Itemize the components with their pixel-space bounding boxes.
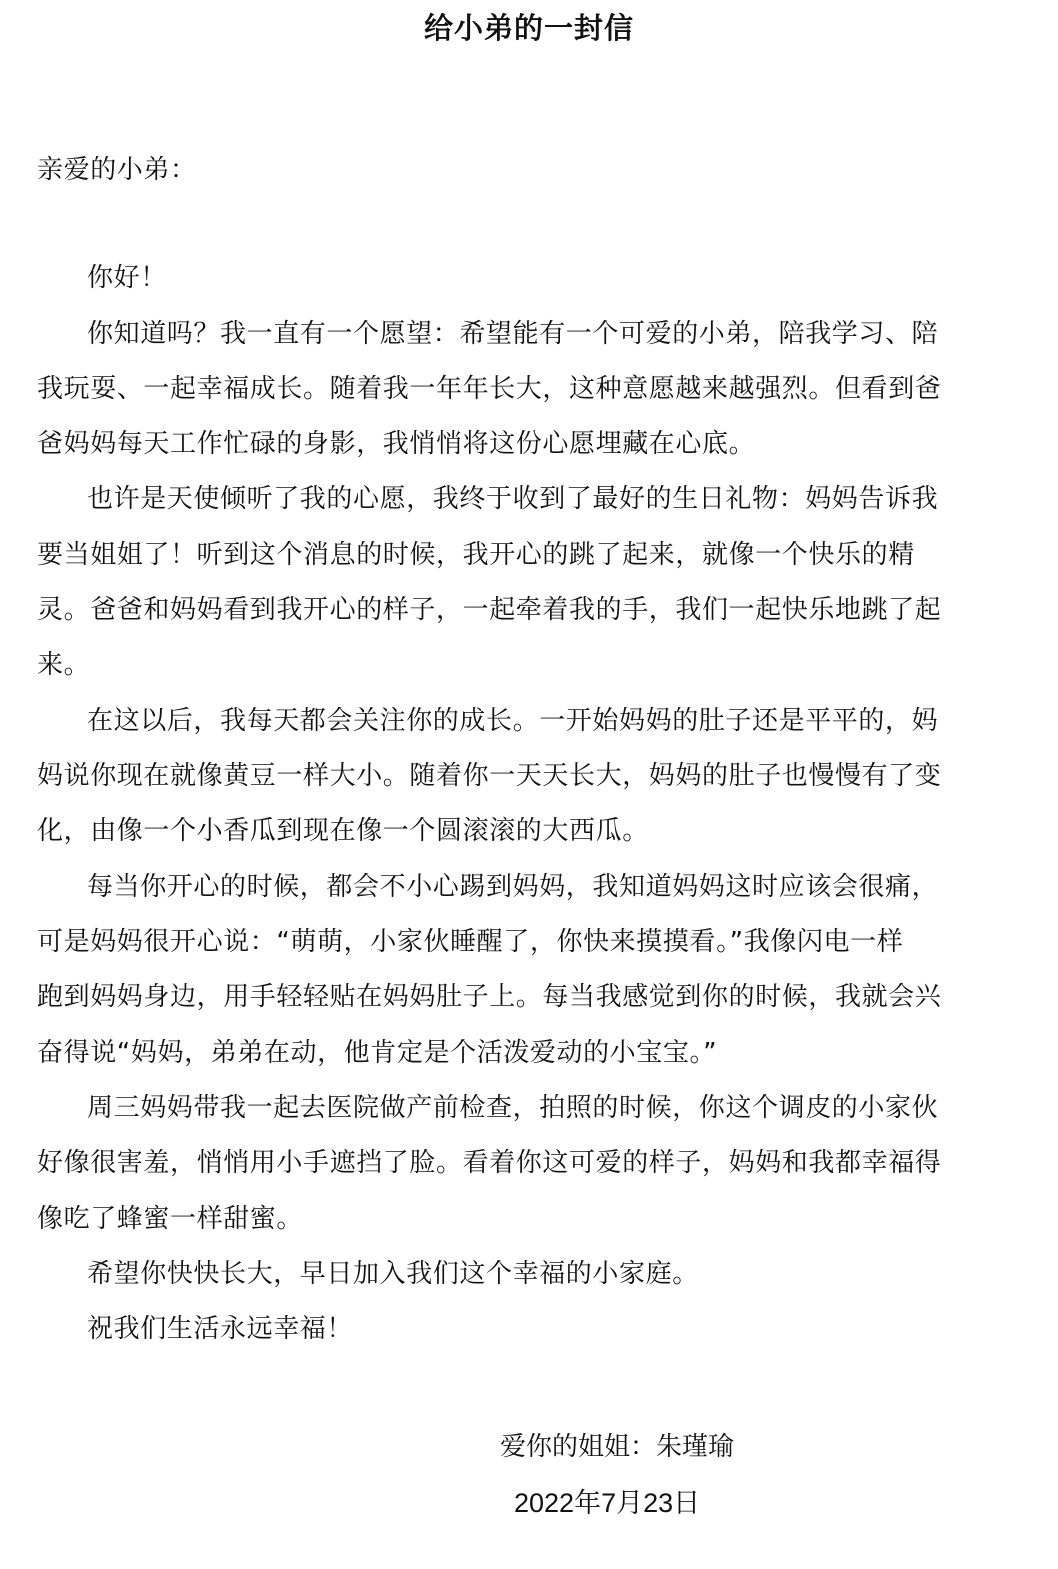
- paragraph-line: 好像很害羞，悄悄用小手遮挡了脸。看着你这可爱的样子，妈妈和我都幸福得: [37, 1145, 941, 1181]
- paragraph-line: 要当姐姐了！听到这个消息的时候，我开心的跳了起来，就像一个快乐的精: [37, 537, 915, 573]
- paragraph-line: 也许是天使倾听了我的心愿，我终于收到了最好的生日礼物：妈妈告诉我: [87, 481, 938, 517]
- greeting: 你好！: [87, 260, 167, 296]
- paragraph-line: 可是妈妈很开心说：“萌萌，小家伙睡醒了，你快来摸摸看。”我像闪电一样: [37, 924, 903, 960]
- paragraph-line: 爸妈妈每天工作忙碌的身影，我悄悄将这份心愿埋藏在心底。: [37, 426, 755, 462]
- paragraph-line: 妈说你现在就像黄豆一样大小。随着你一天天长大，妈妈的肚子也慢慢有了变: [37, 758, 941, 794]
- paragraph-line: 跑到妈妈身边，用手轻轻贴在妈妈肚子上。每当我感觉到你的时候，我就会兴: [37, 979, 941, 1015]
- paragraph-line: 每当你开心的时候，都会不小心踢到妈妈，我知道妈妈这时应该会很痛，: [87, 869, 938, 905]
- letter-title: 给小弟的一封信: [0, 8, 1058, 48]
- paragraph-line: 你知道吗？我一直有一个愿望：希望能有一个可爱的小弟，陪我学习、陪: [87, 316, 938, 352]
- paragraph-line: 灵。爸爸和妈妈看到我开心的样子，一起牵着我的手，我们一起快乐地跳了起: [37, 592, 941, 628]
- paragraph-7-closing-wish: 祝我们生活永远幸福！: [87, 1311, 353, 1347]
- paragraph-line: 我玩耍、一起幸福成长。随着我一年年长大，这种意愿越来越强烈。但看到爸: [37, 371, 941, 407]
- letter-date: 2022年7月23日: [514, 1485, 700, 1521]
- paragraph-line: 像吃了蜂蜜一样甜蜜。: [37, 1201, 303, 1237]
- paragraph-6: 希望你快快长大，早日加入我们这个幸福的小家庭。: [87, 1256, 699, 1292]
- paragraph-line: 化，由像一个小香瓜到现在像一个圆滚滚的大西瓜。: [37, 813, 649, 849]
- signature: 爱你的姐姐：朱瑾瑜: [500, 1429, 734, 1465]
- paragraph-line: 周三妈妈带我一起去医院做产前检查，拍照的时候，你这个调皮的小家伙: [87, 1090, 938, 1126]
- paragraph-line: 奋得说“妈妈，弟弟在动，他肯定是个活泼爱动的小宝宝。”: [37, 1035, 717, 1071]
- salutation: 亲爱的小弟：: [37, 152, 197, 188]
- paragraph-line: 在这以后，我每天都会关注你的成长。一开始妈妈的肚子还是平平的，妈: [87, 703, 938, 739]
- paragraph-line: 来。: [37, 647, 90, 683]
